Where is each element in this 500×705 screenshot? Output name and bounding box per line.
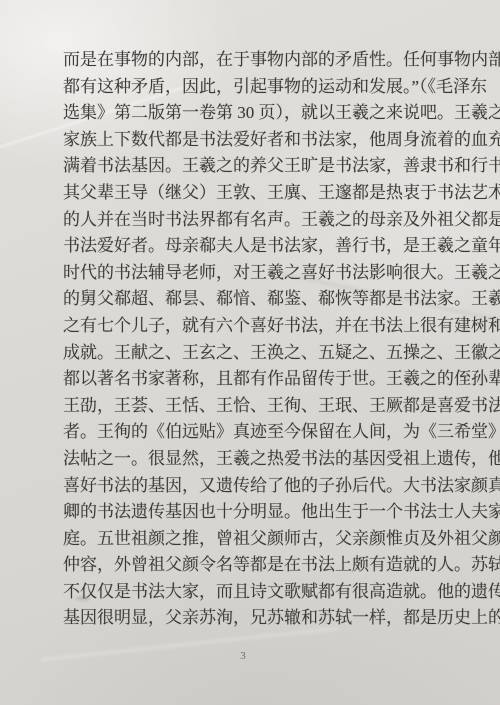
text-line: 其父辈王导（继父）王敦、王廙、王邃都是热衷于书法艺术 <box>63 180 456 207</box>
text-line: 书法爱好者。母亲郗夫人是书法家，善行书，是王羲之童年 <box>63 233 456 260</box>
text-line: 之有七个儿子，就有六个喜好书法，并在书法上很有建树和 <box>63 313 456 340</box>
text-line: 时代的书法辅导老师，对王羲之喜好书法影响很大。王羲之 <box>63 260 456 287</box>
text-line: 都以著名书家著称，且都有作品留传于世。王羲之的侄孙辈 <box>63 366 456 393</box>
text-line: 法帖之一。很显然，王羲之热爱书法的基因受祖上遗传，他 <box>63 446 456 473</box>
text-line: 家族上下数代都是书法爱好者和书法家，他周身流着的血充 <box>63 127 456 154</box>
text-line: 而是在事物的内部，在于事物内部的矛盾性。任何事物内部 <box>63 47 456 74</box>
text-line: 喜好书法的基因，又遗传给了他的子孙后代。大书法家颜真 <box>63 473 456 500</box>
text-line: 王劭，王荟、王恬、王恰、王徇、王珉、王厥都是喜爱书法 <box>63 393 456 420</box>
text-line: 庭。五世祖颜之推，曾祖父颜师古，父亲颜惟贞及外祖父颜 <box>63 526 456 553</box>
text-line: 的舅父郗超、郗昙、郗愔、郗鉴、郗恢等都是书法家。王羲 <box>63 286 456 313</box>
text-line: 的人并在当时书法界都有名声。王羲之的母亲及外祖父都是 <box>63 207 456 234</box>
text-line: 都有这种矛盾，因此，引起事物的运动和发展。”（《毛泽东 <box>63 74 456 101</box>
page-number: 3 <box>0 650 486 662</box>
text-line: 不仅仅是书法大家，而且诗文歌赋都有很高造就。他的遗传 <box>63 579 456 606</box>
text-line: 成就。王献之、王玄之、王涣之、五疑之、五操之、王徽之 <box>63 340 456 367</box>
text-line: 选集》第二版第一卷第 30 页），就以王羲之来说吧。王羲之 <box>63 100 456 127</box>
scanned-book-page: 而是在事物的内部，在于事物内部的矛盾性。任何事物内部 都有这种矛盾，因此，引起事… <box>0 0 500 705</box>
body-text: 而是在事物的内部，在于事物内部的矛盾性。任何事物内部 都有这种矛盾，因此，引起事… <box>63 47 456 632</box>
text-line: 满着书法基因。王羲之的养父王旷是书法家，善隶书和行书。 <box>63 153 456 180</box>
text-line: 卿的书法遗传基因也十分明显。他出生于一个书法士人夫家 <box>63 499 456 526</box>
text-line: 仲容，外曾祖父颜令名等都是在书法上颇有造就的人。苏轼 <box>63 552 456 579</box>
text-line: 基因很明显，父亲苏洵，兄苏辙和苏轼一样，都是历史上的 <box>63 605 456 632</box>
text-line: 者。王徇的《伯远贴》真迹至今保留在人间，为《三希堂》 <box>63 419 456 446</box>
